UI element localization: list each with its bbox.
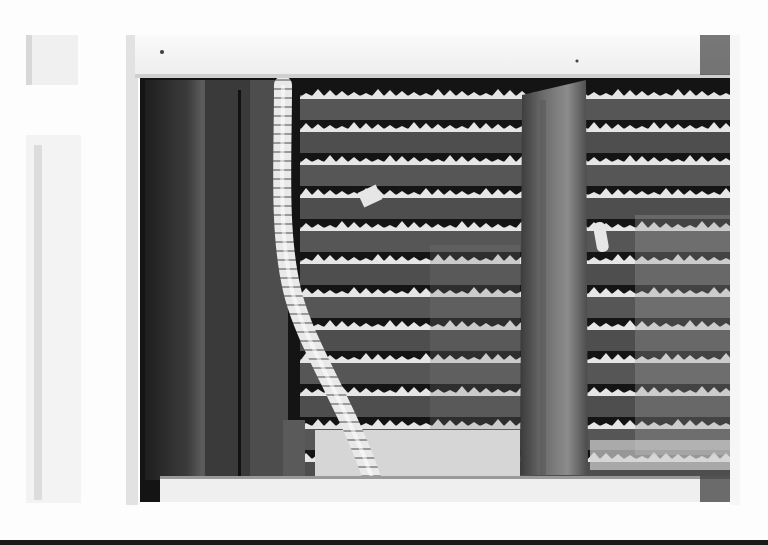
wall-cavity-photograph — [0, 0, 768, 540]
right-casing — [730, 35, 740, 505]
board-block — [283, 420, 305, 478]
upper-trim-shadow — [26, 35, 32, 85]
corner-shadow — [700, 35, 730, 75]
sill-edge — [160, 476, 730, 479]
post-grain — [540, 100, 546, 475]
door-panel-shadow — [34, 145, 42, 500]
timber-post — [520, 80, 588, 475]
header-board — [135, 35, 730, 77]
bottom-sill — [160, 476, 730, 502]
corner-shadow — [700, 476, 730, 502]
insulation-fill — [315, 430, 520, 478]
print-edge — [0, 540, 768, 545]
nail-head — [576, 60, 579, 63]
upper-trim-panel — [26, 35, 78, 85]
left-casing — [126, 35, 138, 505]
photo-scene — [0, 0, 768, 540]
header-edge — [135, 74, 730, 78]
middle-board — [205, 80, 253, 480]
board-gap — [238, 90, 241, 480]
light-patch — [635, 215, 730, 455]
insulation-fill — [590, 440, 730, 470]
nail-head — [160, 50, 164, 54]
